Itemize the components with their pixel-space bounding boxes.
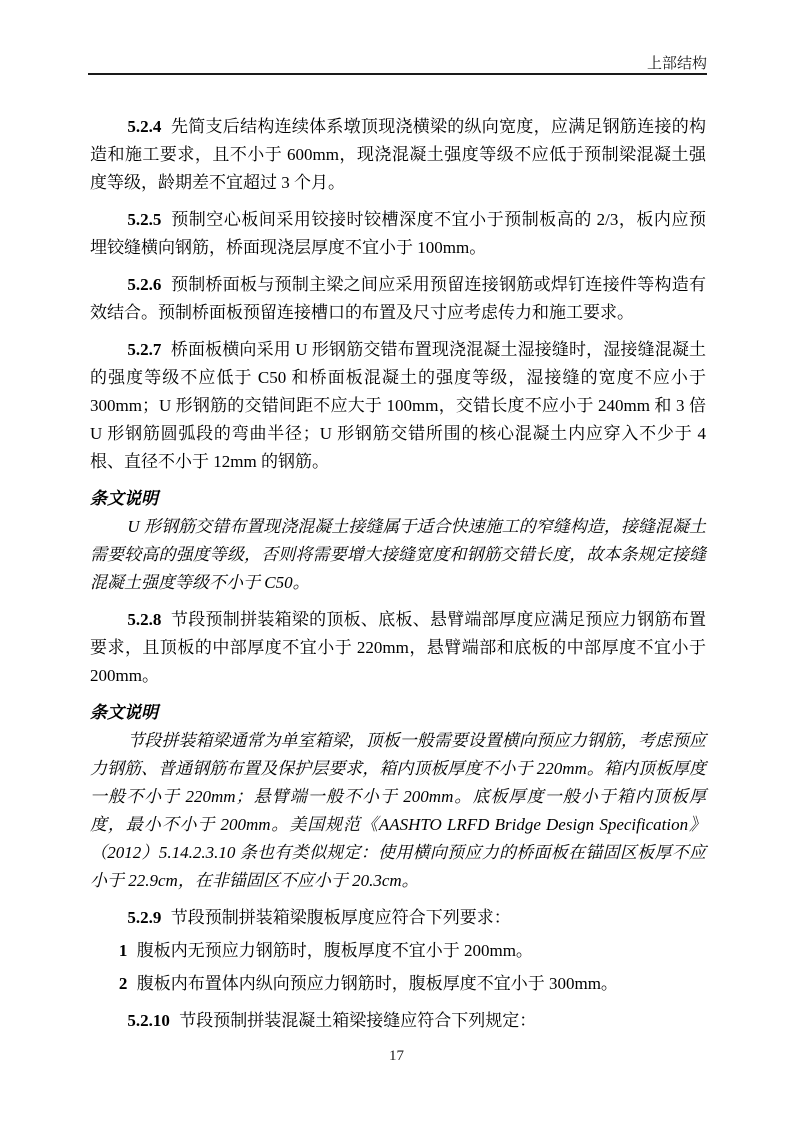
clause-number: 5.2.4	[127, 117, 161, 136]
list-item-text: 腹板内布置体内纵向预应力钢筋时，腹板厚度不宜小于 300mm。	[137, 974, 618, 993]
page-footer: 17	[0, 1048, 793, 1065]
clause-number: 5.2.10	[127, 1011, 170, 1030]
running-header-title: 上部结构	[647, 56, 707, 72]
clause-text: 节段预制拼装箱梁腹板厚度应符合下列要求：	[171, 908, 511, 927]
commentary-text: 节段拼装箱梁通常为单室箱梁，顶板一般需要设置横向预应力钢筋，考虑预应力钢筋、普通…	[90, 727, 706, 895]
document-page: 上部结构 5.2.4先简支后结构连续体系墩顶现浇横梁的纵向宽度，应满足钢筋连接的…	[0, 0, 793, 1122]
clause-text: 预制空心板间采用铰接时铰槽深度不宜小于预制板高的 2/3，板内应预埋铰缝横向钢筋…	[90, 210, 706, 257]
list-item-text: 腹板内无预应力钢筋时，腹板厚度不宜小于 200mm。	[137, 941, 533, 960]
clause-number: 5.2.7	[127, 340, 161, 359]
clause-number: 5.2.5	[127, 210, 161, 229]
clause-text: 预制桥面板与预制主梁之间应采用预留连接钢筋或焊钉连接件等构造有效结合。预制桥面板…	[90, 275, 706, 322]
page-number: 17	[389, 1048, 404, 1064]
clause-number: 5.2.8	[127, 610, 161, 629]
clause-5-2-10: 5.2.10节段预制拼装混凝土箱梁接缝应符合下列规定：	[90, 1007, 706, 1035]
clause-5-2-5: 5.2.5预制空心板间采用铰接时铰槽深度不宜小于预制板高的 2/3，板内应预埋铰…	[90, 206, 706, 262]
clause-text: 节段预制拼装箱梁的顶板、底板、悬臂端部厚度应满足预应力钢筋布置要求，且顶板的中部…	[90, 610, 706, 685]
list-item-number: 1	[119, 941, 128, 960]
list-item-2: 2腹板内布置体内纵向预应力钢筋时，腹板厚度不宜小于 300mm。	[90, 970, 706, 998]
clause-5-2-7: 5.2.7桥面板横向采用 U 形钢筋交错布置现浇混凝土湿接缝时，湿接缝混凝土的强…	[90, 336, 706, 476]
clause-number: 5.2.9	[127, 908, 161, 927]
header-rule	[88, 73, 707, 75]
list-item-number: 2	[119, 974, 128, 993]
commentary-heading: 条文说明	[90, 485, 706, 513]
clause-5-2-9: 5.2.9节段预制拼装箱梁腹板厚度应符合下列要求：	[90, 904, 706, 932]
clause-number: 5.2.6	[127, 275, 161, 294]
clause-text: 节段预制拼装混凝土箱梁接缝应符合下列规定：	[179, 1011, 536, 1030]
list-item-1: 1腹板内无预应力钢筋时，腹板厚度不宜小于 200mm。	[90, 937, 706, 965]
clause-5-2-8: 5.2.8节段预制拼装箱梁的顶板、底板、悬臂端部厚度应满足预应力钢筋布置要求，且…	[90, 606, 706, 690]
clause-5-2-4: 5.2.4先简支后结构连续体系墩顶现浇横梁的纵向宽度，应满足钢筋连接的构造和施工…	[90, 113, 706, 197]
commentary-heading: 条文说明	[90, 699, 706, 727]
running-header: 上部结构	[88, 55, 707, 73]
clause-text: 先简支后结构连续体系墩顶现浇横梁的纵向宽度，应满足钢筋连接的构造和施工要求，且不…	[90, 117, 706, 192]
clause-text: 桥面板横向采用 U 形钢筋交错布置现浇混凝土湿接缝时，湿接缝混凝土的强度等级不应…	[90, 340, 706, 471]
document-content: 5.2.4先简支后结构连续体系墩顶现浇横梁的纵向宽度，应满足钢筋连接的构造和施工…	[90, 104, 706, 1035]
clause-5-2-6: 5.2.6预制桥面板与预制主梁之间应采用预留连接钢筋或焊钉连接件等构造有效结合。…	[90, 271, 706, 327]
commentary-text: U 形钢筋交错布置现浇混凝土接缝属于适合快速施工的窄缝构造，接缝混凝土需要较高的…	[90, 513, 706, 597]
